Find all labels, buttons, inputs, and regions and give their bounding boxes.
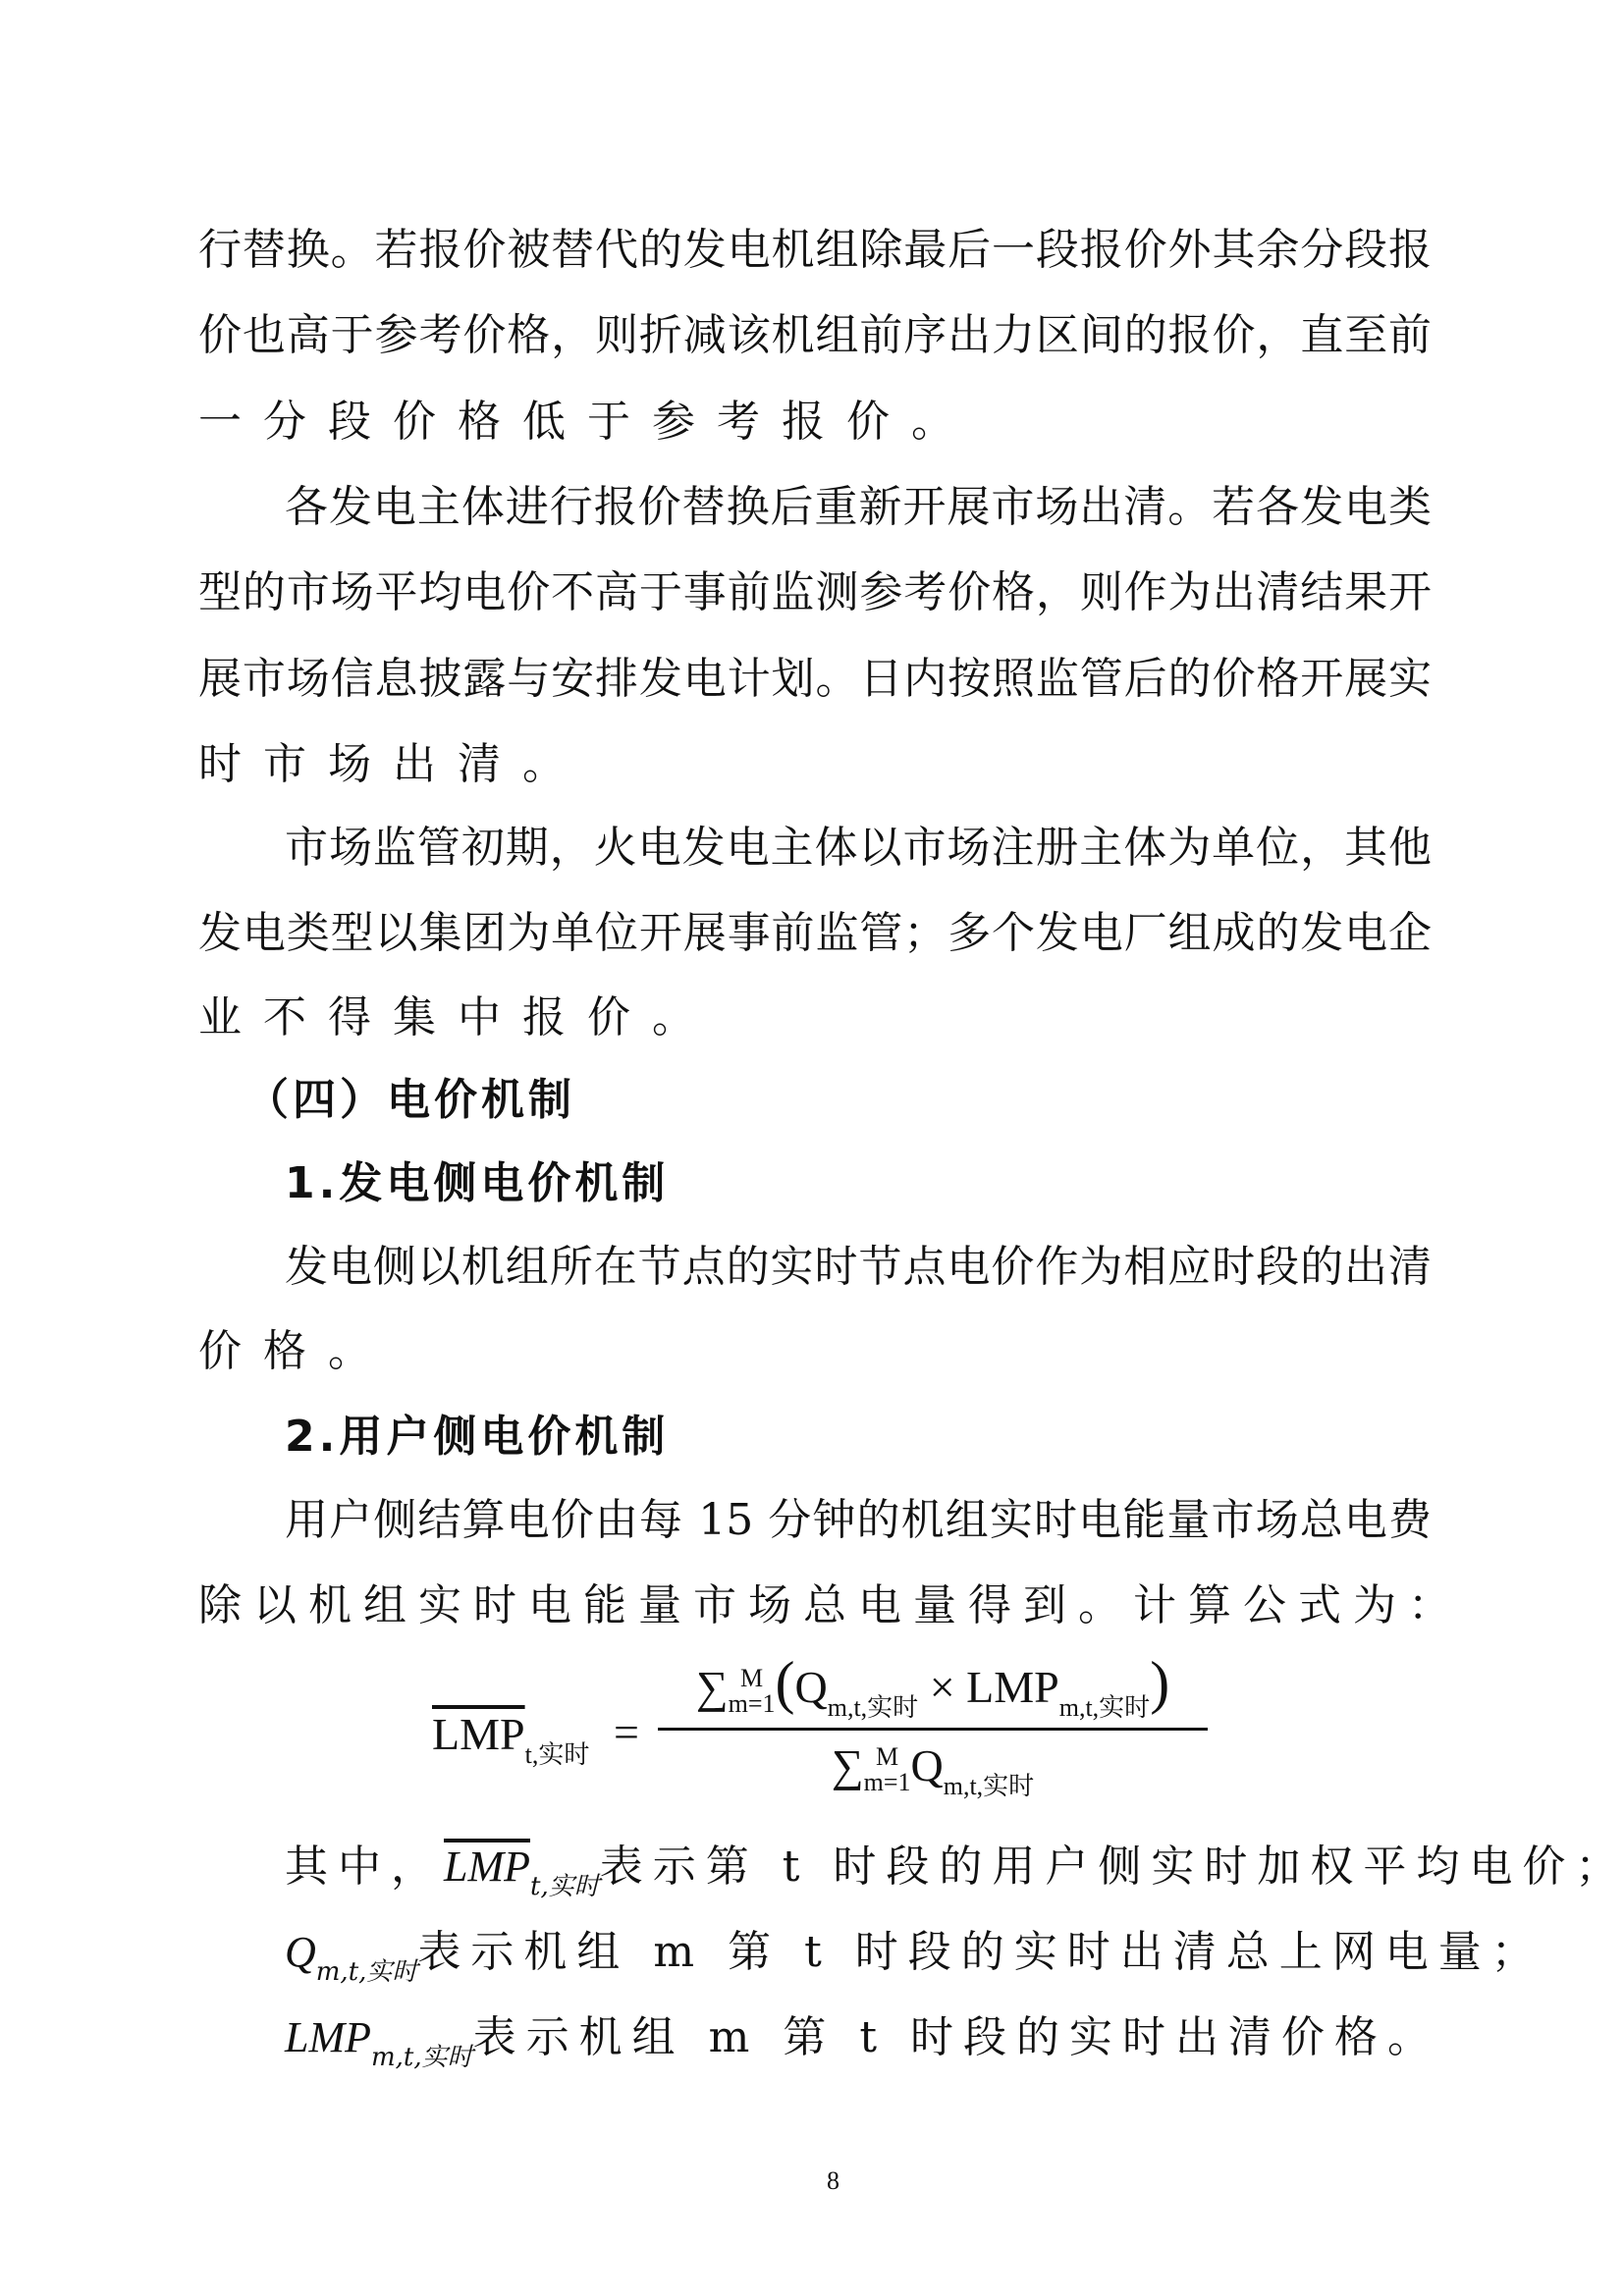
body-line: 一分段价格低于参考报价。 bbox=[198, 393, 1432, 452]
lmp-subscript: m,t,实时 bbox=[1059, 1693, 1150, 1722]
sum-upper: M bbox=[729, 1666, 776, 1691]
body-line: 发电侧以机组所在节点的实时节点电价作为相应时段的出清 bbox=[285, 1238, 1432, 1297]
sum-symbol: ∑ bbox=[832, 1740, 864, 1790]
formula-weighted-lmp: LMPt,实时 = ∑Mm=1(Qm,t,实时 × LMPm,t,实时) ∑Mm… bbox=[432, 1649, 1208, 1816]
body-line: 市场监管初期，火电发电主体以市场注册主体为单位，其他 bbox=[285, 819, 1432, 878]
definition-subscript: m,t,实时 bbox=[316, 1957, 418, 1987]
body-line: 行替换。若报价被替代的发电机组除最后一段报价外其余分段报 bbox=[198, 221, 1432, 280]
definition-line: 其中，LMPt,实时表示第 t 时段的用户侧实时加权平均电价； bbox=[285, 1838, 1518, 1916]
sum-lower: m=1 bbox=[864, 1770, 911, 1795]
definition-text: 表示机组 m 第 t 时段的实时出清价格。 bbox=[473, 2012, 1440, 2062]
formula-denominator: ∑Mm=1Qm,t,实时 bbox=[658, 1739, 1208, 1802]
section-heading: （四）电价机制 bbox=[245, 1071, 1479, 1130]
subsection-heading-1: 1.发电侧电价机制 bbox=[285, 1154, 1518, 1213]
q-subscript: m,t,实时 bbox=[944, 1772, 1034, 1800]
page-number: 8 bbox=[827, 2166, 839, 2196]
definition-symbol: Q bbox=[285, 1928, 316, 1976]
subsection-heading-2: 2.用户侧电价机制 bbox=[285, 1408, 1518, 1467]
sum-lower: m=1 bbox=[729, 1691, 776, 1717]
left-paren: ( bbox=[776, 1650, 795, 1715]
body-line: 价格。 bbox=[198, 1322, 1432, 1381]
body-line: 价也高于参考价格，则折减该机组前序出力区间的报价，直至前 bbox=[198, 306, 1432, 365]
sum-symbol: ∑ bbox=[696, 1662, 729, 1712]
body-line: 时市场出清。 bbox=[198, 735, 1432, 794]
body-line: 用户侧结算电价由每 15 分钟的机组实时电能量市场总电费 bbox=[285, 1491, 1432, 1550]
fraction-bar bbox=[658, 1728, 1208, 1731]
definition-line: Qm,t,实时表示机组 m 第 t 时段的实时出清总上网电量； bbox=[285, 1923, 1518, 2002]
equals-sign: = bbox=[614, 1706, 639, 1758]
body-line: 各发电主体进行报价替换后重新开展市场出清。若各发电类 bbox=[285, 478, 1432, 537]
definition-text: 表示第 t 时段的用户侧实时加权平均电价； bbox=[600, 1842, 1624, 1892]
times-sign: × bbox=[930, 1662, 955, 1712]
body-line: 业不得集中报价。 bbox=[198, 988, 1432, 1047]
definition-text: 表示机组 m 第 t 时段的实时出清总上网电量； bbox=[417, 1927, 1543, 1977]
definition-subscript: m,t,实时 bbox=[371, 2043, 473, 2072]
definition-symbol: LMP bbox=[285, 2013, 371, 2061]
body-line: 型的市场平均电价不高于事前监测参考价格，则作为出清结果开 bbox=[198, 563, 1432, 622]
lmp-symbol: LMP bbox=[966, 1662, 1059, 1712]
lhs-subscript: t,实时 bbox=[525, 1740, 590, 1769]
definition-symbol: LMP bbox=[444, 1842, 530, 1891]
body-line: 除以机组实时电能量市场总电量得到。计算公式为： bbox=[198, 1576, 1432, 1635]
lmp-bar-symbol: LMP bbox=[432, 1709, 525, 1759]
q-subscript: m,t,实时 bbox=[828, 1693, 918, 1722]
formula-lhs: LMPt,实时 bbox=[432, 1708, 589, 1771]
formula-numerator: ∑Mm=1(Qm,t,实时 × LMPm,t,实时) bbox=[658, 1649, 1208, 1724]
body-line: 发电类型以集团为单位开展事前监管；多个发电厂组成的发电企 bbox=[198, 904, 1432, 963]
body-line: 展市场信息披露与安排发电计划。日内按照监管后的价格开展实 bbox=[198, 650, 1432, 709]
q-symbol: Q bbox=[911, 1740, 944, 1790]
q-symbol: Q bbox=[795, 1662, 828, 1712]
definition-line: LMPm,t,实时表示机组 m 第 t 时段的实时出清价格。 bbox=[285, 2008, 1518, 2087]
sum-upper: M bbox=[864, 1744, 911, 1770]
definition-prefix: 其中， bbox=[285, 1842, 444, 1892]
right-paren: ) bbox=[1150, 1650, 1169, 1715]
definition-subscript: t,实时 bbox=[530, 1872, 600, 1901]
